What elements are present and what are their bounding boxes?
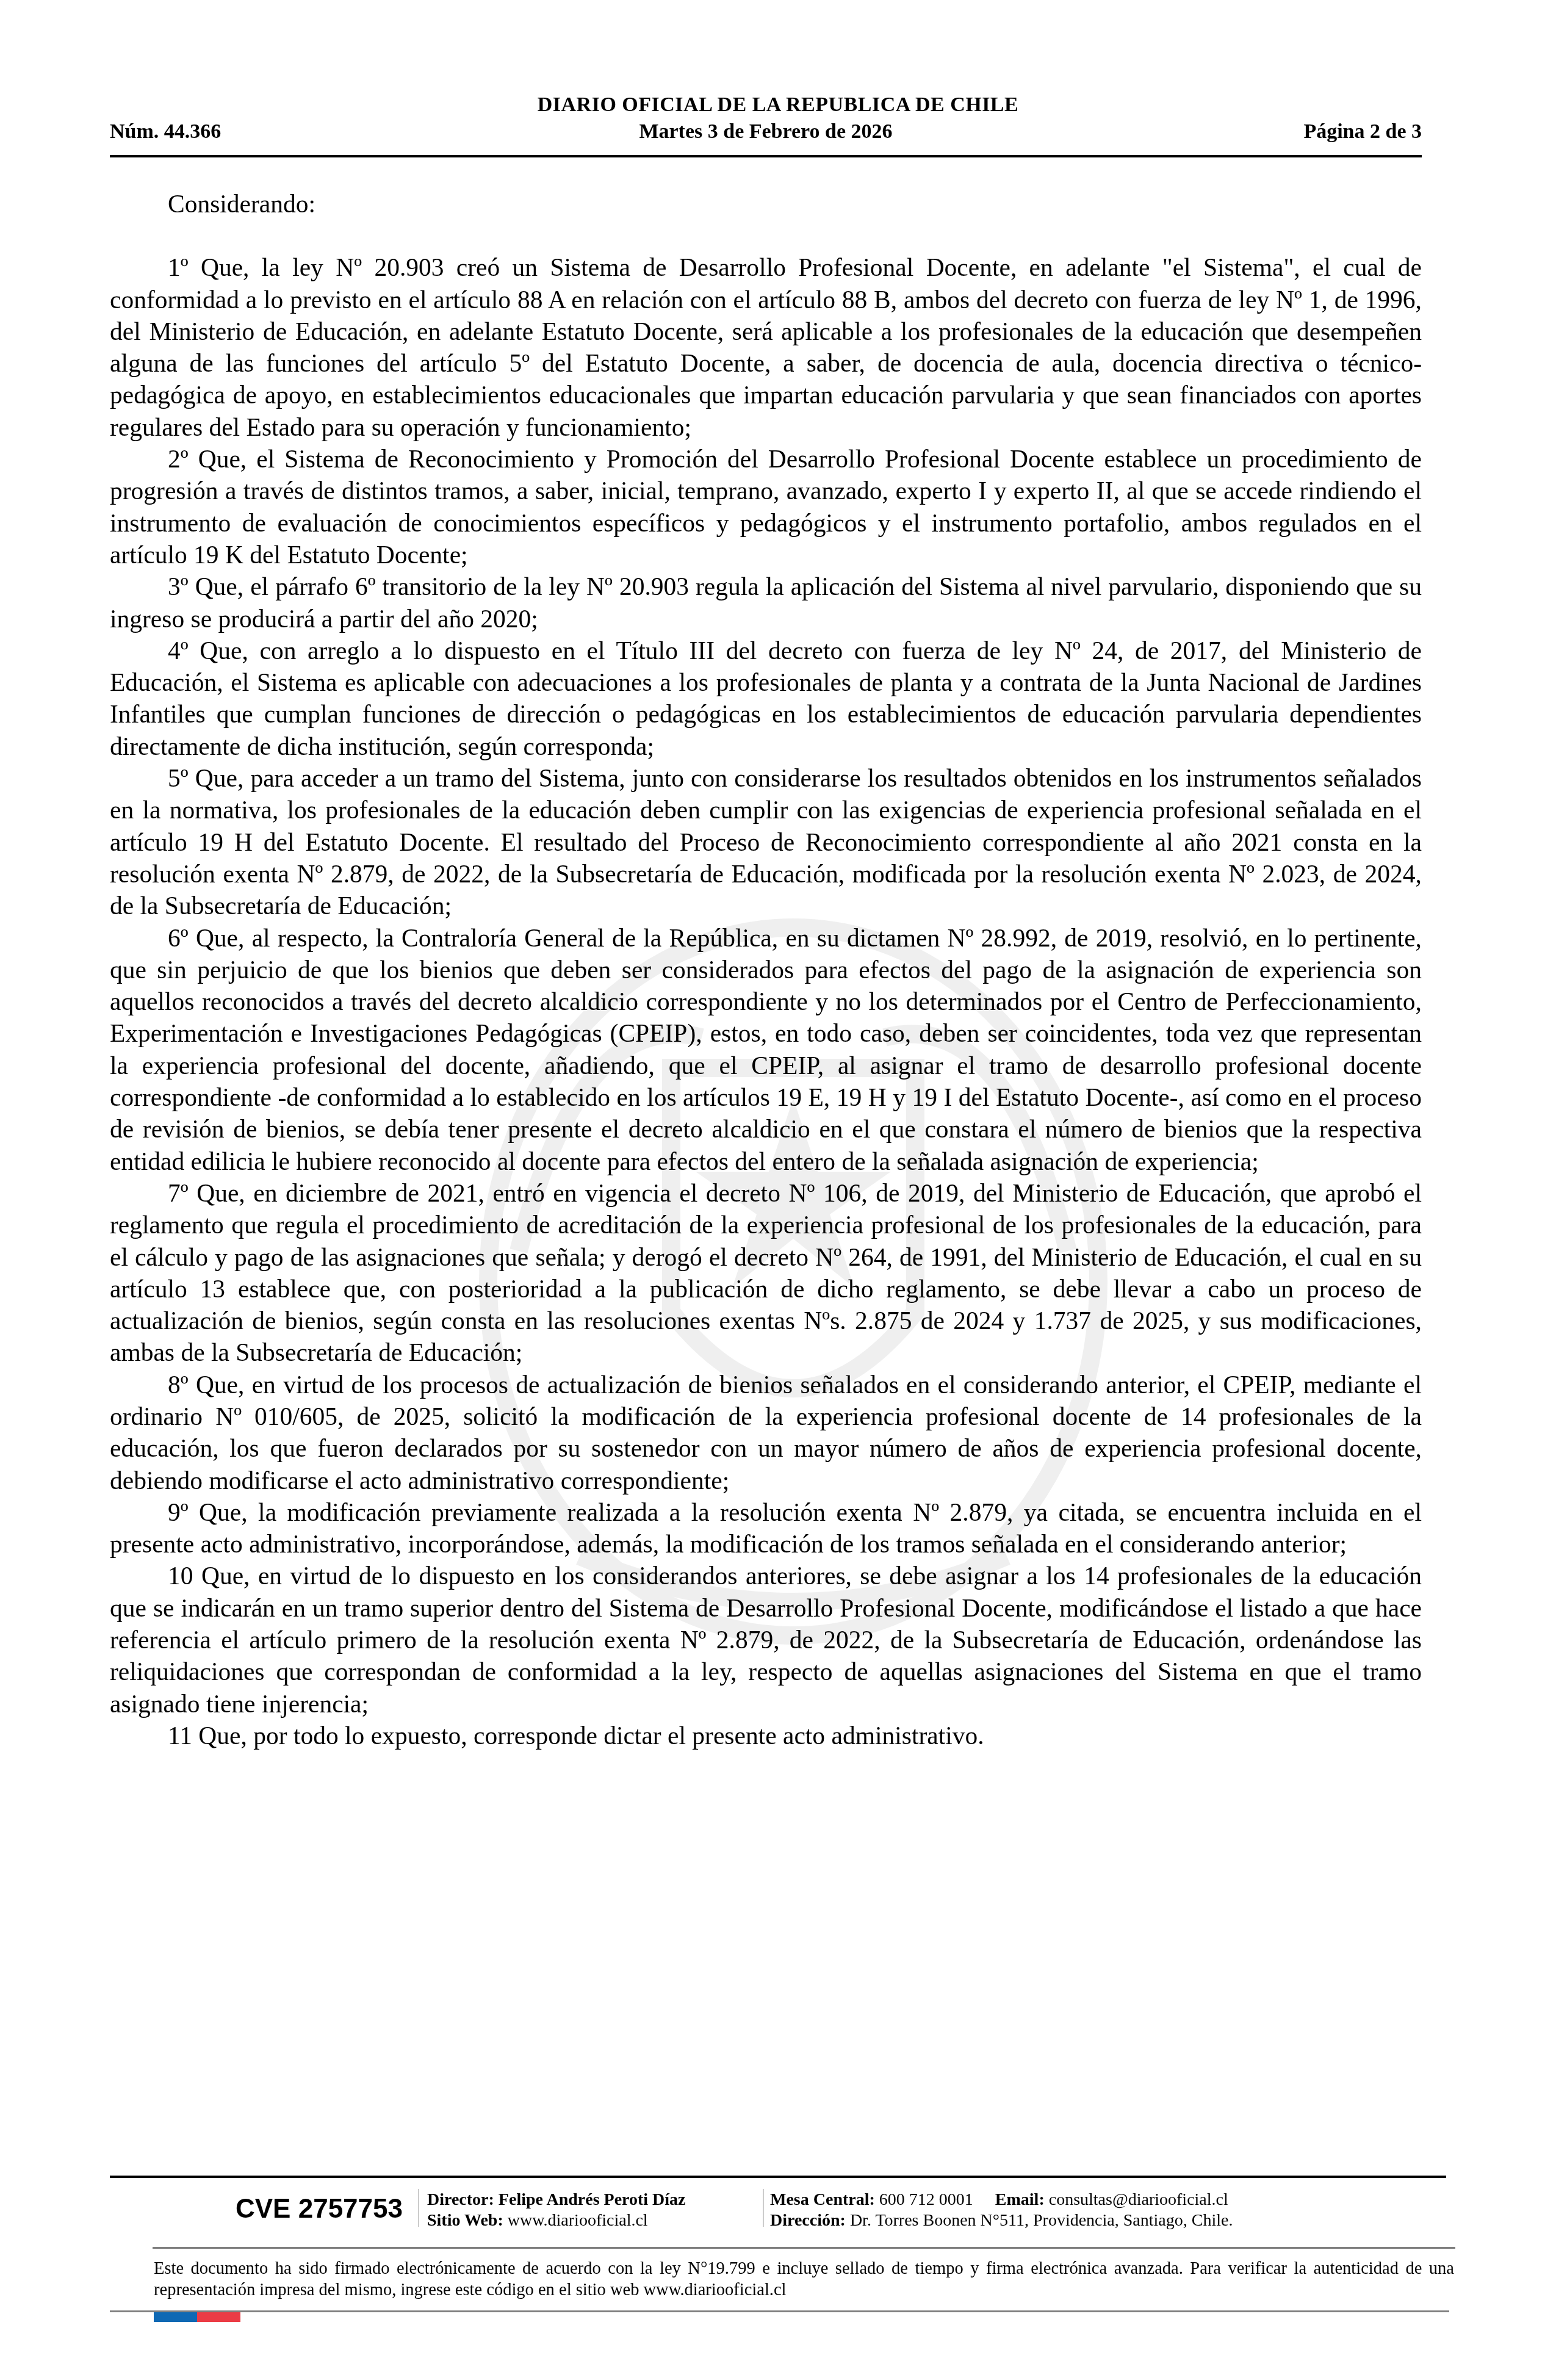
director-name: Felipe Andrés Peroti Díaz	[499, 2190, 686, 2209]
footer-contact-block: Mesa Central: 600 712 0001Email: consult…	[770, 2190, 1233, 2231]
flag-blue-bar	[154, 2312, 197, 2322]
paragraph-6: 6º Que, al respecto, la Contraloría Gene…	[110, 922, 1422, 1177]
header-rule	[110, 155, 1422, 157]
footer-separator	[763, 2189, 764, 2227]
paragraph-8: 8º Que, en virtud de los procesos de act…	[110, 1369, 1422, 1496]
phone-number: 600 712 0001	[879, 2190, 973, 2209]
publication-title: DIARIO OFICIAL DE LA REPUBLICA DE CHILE	[0, 93, 1556, 117]
cve-code: CVE 2757753	[146, 2191, 403, 2227]
email-link[interactable]: consultas@diariooficial.cl	[1049, 2190, 1228, 2209]
paragraph-2: 2º Que, el Sistema de Reconocimiento y P…	[110, 443, 1422, 571]
footer-rule-bottom	[110, 2310, 1449, 2312]
website-link[interactable]: www.diariooficial.cl	[508, 2211, 648, 2230]
address-text: Dr. Torres Boonen N°511, Providencia, Sa…	[850, 2211, 1233, 2230]
paragraph-1: 1º Que, la ley Nº 20.903 creó un Sistema…	[110, 251, 1422, 443]
issue-date: Martes 3 de Febrero de 2026	[110, 120, 1422, 143]
paragraph-7: 7º Que, en diciembre de 2021, entró en v…	[110, 1177, 1422, 1369]
footer-rule-top	[110, 2176, 1446, 2178]
footer-director-block: Director: Felipe Andrés Peroti Díaz Siti…	[427, 2190, 686, 2231]
paragraph-10: 10 Que, en virtud de lo dispuesto en los…	[110, 1560, 1422, 1719]
website-label: Sitio Web:	[427, 2211, 503, 2230]
paragraph-4: 4º Que, con arreglo a lo dispuesto en el…	[110, 635, 1422, 762]
paragraph-9: 9º Que, la modificación previamente real…	[110, 1496, 1422, 1560]
page-indicator: Página 2 de 3	[1303, 120, 1422, 143]
issue-number: Núm. 44.366	[110, 120, 221, 143]
document-body: Considerando: 1º Que, la ley Nº 20.903 c…	[110, 188, 1422, 1751]
electronic-signature-notice: Este documento ha sido firmado electróni…	[154, 2258, 1454, 2301]
address-label: Dirección:	[770, 2211, 846, 2230]
phone-label: Mesa Central:	[770, 2190, 875, 2209]
email-label: Email:	[995, 2190, 1045, 2209]
header-row: Martes 3 de Febrero de 2026 Núm. 44.366 …	[110, 120, 1422, 147]
footer-rule-middle	[153, 2247, 1455, 2249]
paragraph-5: 5º Que, para acceder a un tramo del Sist…	[110, 762, 1422, 921]
paragraph-11: 11 Que, por todo lo expuesto, correspond…	[110, 1720, 1422, 1751]
paragraph-3: 3º Que, el párrafo 6º transitorio de la …	[110, 571, 1422, 635]
flag-red-bar	[197, 2312, 240, 2322]
footer-separator	[418, 2189, 419, 2227]
considerando-heading: Considerando:	[110, 188, 1422, 220]
director-label: Director:	[427, 2190, 494, 2209]
